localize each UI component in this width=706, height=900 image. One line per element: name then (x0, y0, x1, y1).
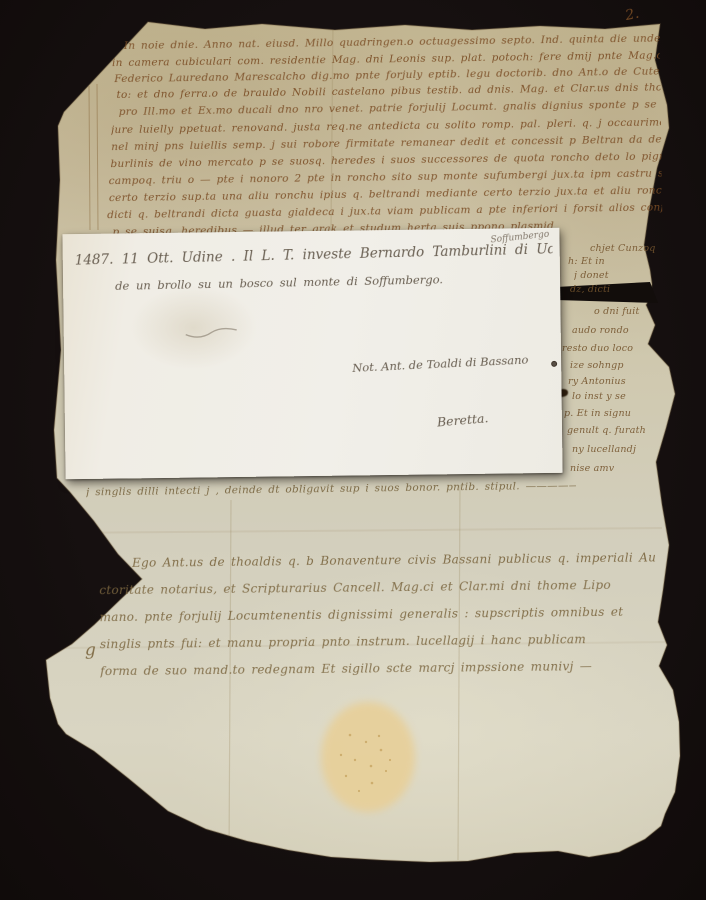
archival-slip: Soffumbergo 1487. 11 Ott. Udine . Il L. … (62, 228, 562, 479)
manuscript-line: dicti q. beltrandi dicta guasta gialdeca… (107, 201, 662, 221)
parchment-stain (321, 702, 415, 812)
margin-glyph: g (85, 640, 96, 660)
text-fragment: p. Et in signu (564, 408, 631, 419)
text-fragment: resto duo loco (562, 343, 633, 354)
text-fragment: ny lucellandj (572, 444, 636, 455)
slip-notary-line: Not. Ant. de Toaldi di Bassano (352, 351, 550, 374)
text-fragment: nise amv (570, 463, 614, 474)
ring-dot-mark (551, 361, 557, 367)
slip-subtitle-line: de un brollo su un bosco sul monte di So… (115, 271, 495, 293)
notarial-text-block: Ego Ant.us de thoaldis q. b Bonaventure … (0, 0, 702, 201)
slip-title-line: 1487. 11 Ott. Udine . Il L. T. investe B… (75, 241, 553, 268)
text-fragment: ry Antonius (568, 376, 626, 387)
text-fragment: lo inst y se (572, 391, 626, 402)
text-fragment: h: Et in (568, 256, 605, 267)
text-fragment: audo rondo (572, 325, 629, 336)
text-fragment: dz, dicti (570, 284, 610, 293)
text-fragment: j donet (574, 270, 609, 281)
text-fragment: genult q. furath (567, 425, 646, 436)
photographed-manuscript: In noie dnie. Anno nat. eiusd. Millo qua… (0, 0, 706, 900)
slip-signature: Beretta. (436, 407, 527, 429)
text-fragment: chjet Cunzoq (590, 243, 656, 254)
pencil-mark (182, 318, 242, 343)
rust-spot (646, 840, 658, 852)
text-fragment: o dni fuit (594, 306, 640, 317)
text-fragment: ize sohngp (570, 360, 624, 371)
